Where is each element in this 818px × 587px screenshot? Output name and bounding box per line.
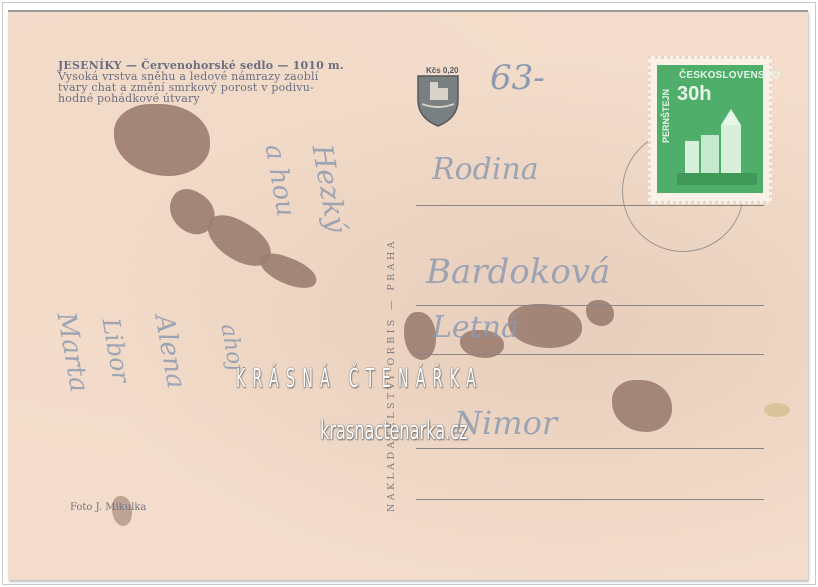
address-line-text: Rodina [432,152,539,187]
paper-stain [586,300,614,326]
message-text: Marta [50,310,94,395]
yellow-spot [764,403,790,417]
postcard: JESENÍKY — Červenohorské sedlo — 1010 m.… [8,10,808,580]
stamp-value: 30h [677,83,711,106]
handwritten-number: 63- [490,58,545,98]
photo-credit: Foto J. Mikulka [70,502,146,513]
address-line [416,354,764,355]
message-text: Hezký [306,142,354,235]
castle-icon [677,105,757,185]
address-line [416,499,764,500]
stamp-country: ČESKOSLOVENSKO [679,70,780,81]
message-text: a hou [258,142,300,219]
address-line [416,305,764,306]
address-line [416,448,764,449]
paper-stain [255,249,320,294]
castle-shield-icon [406,66,470,130]
address-line-text: Bardoková [426,252,610,292]
emblem-price: Kčs 0,20 [426,66,458,75]
watermark-url[interactable]: krasnactenarka.cz [320,416,468,446]
caption-line: hodné pohádkové útvary [58,93,368,104]
address-line-text: Letná [432,310,519,345]
watermark-title: KRÁSNÁ ČTENÁŘKA [236,364,429,394]
caption: JESENÍKY — Červenohorské sedlo — 1010 m.… [58,60,368,104]
postage-stamp: ČESKOSLOVENSKO 30h PERNŠTEJN [648,56,772,204]
paper-stain [612,380,672,432]
address-line-text: Nimor [454,404,557,442]
paper-stain [114,104,210,176]
paper-stain [508,304,582,348]
message-text: Alena [148,312,191,391]
address-line [416,205,764,206]
stamp-place: PERNŠTEJN [661,89,671,143]
message-text: Libor [96,316,135,385]
